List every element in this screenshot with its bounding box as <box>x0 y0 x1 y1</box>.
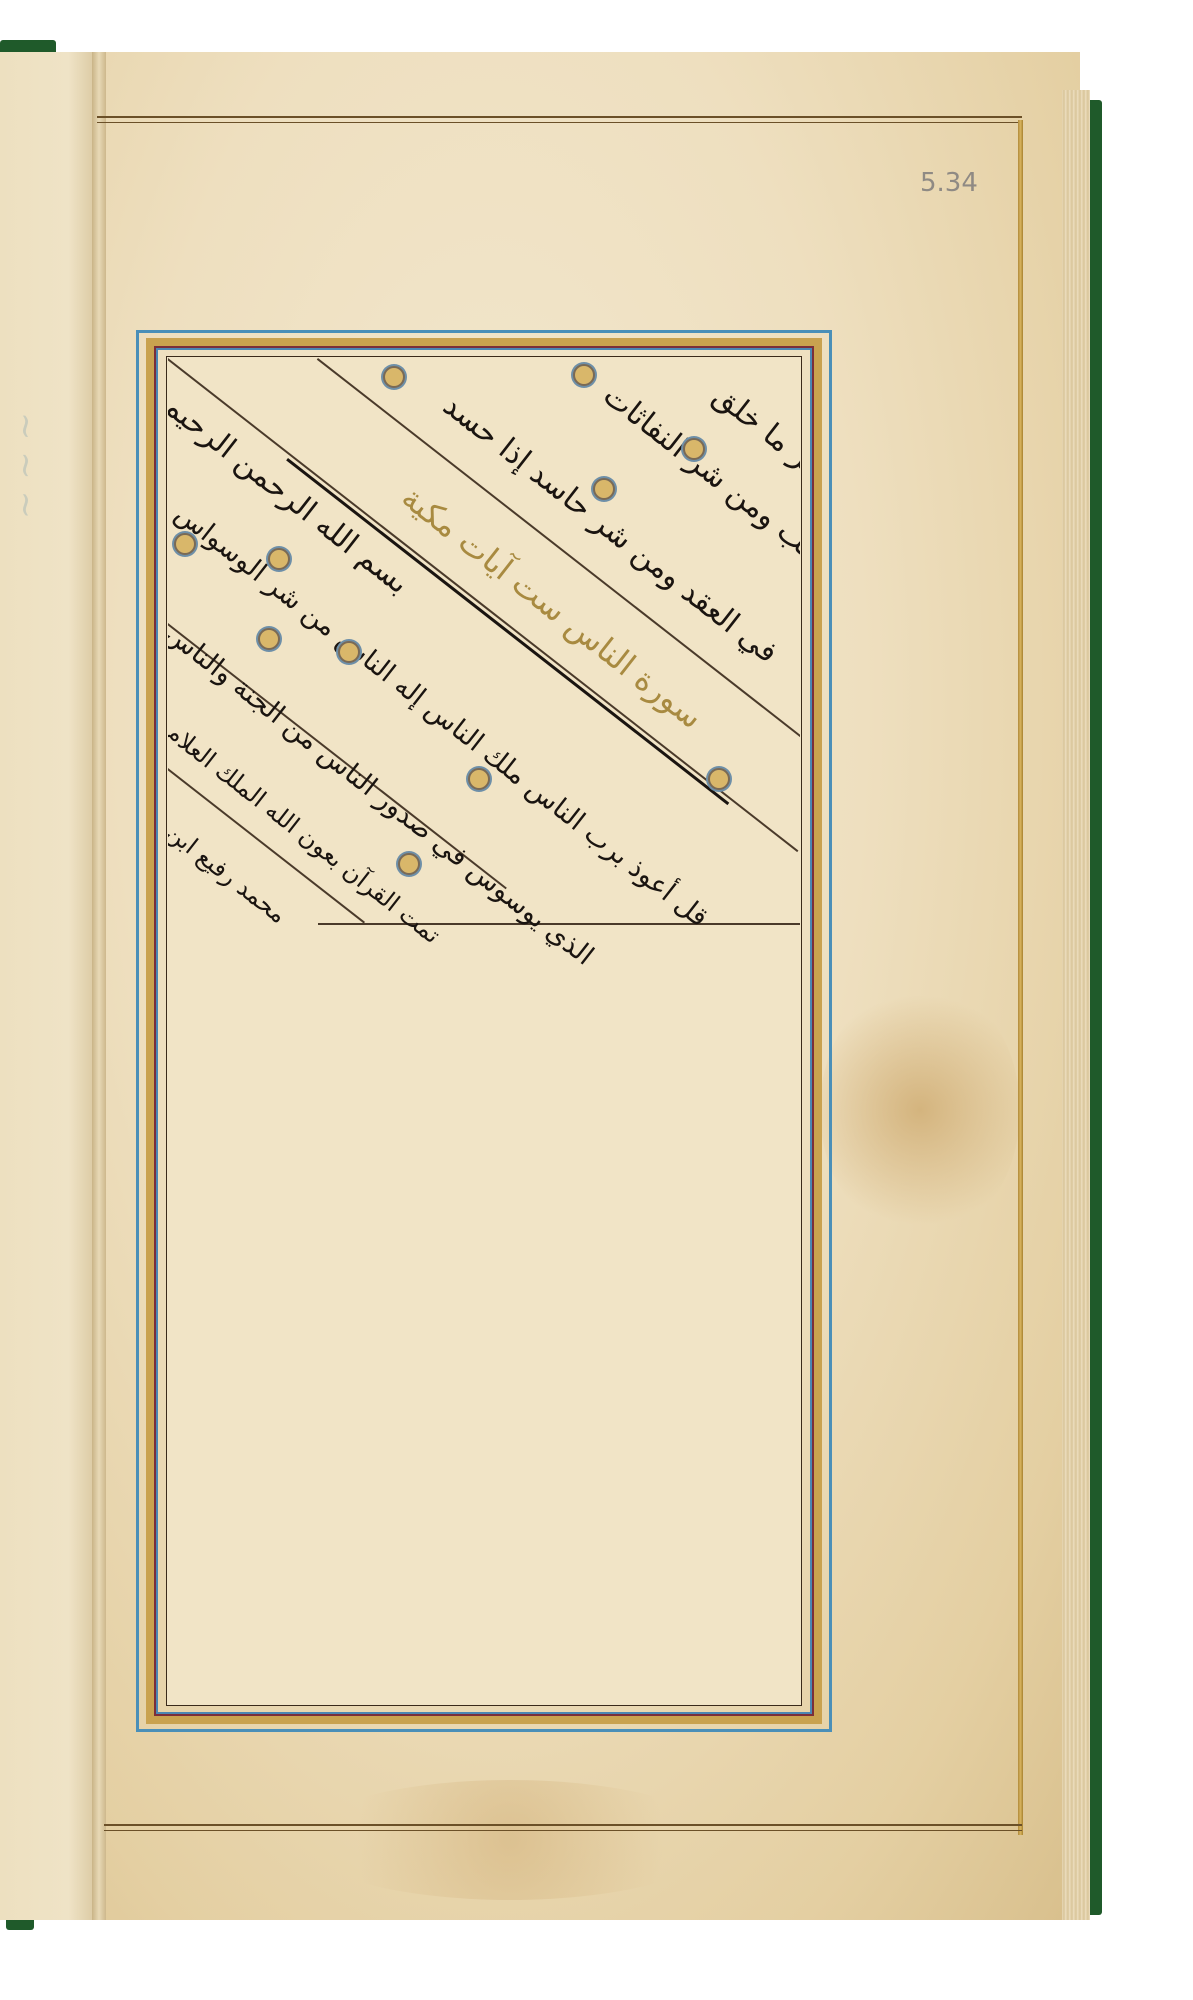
bleed-through-text: ~ ~ ~ <box>6 412 46 519</box>
left-page: ~ ~ ~ <box>0 52 98 1920</box>
colophon-line: محمد رفيع ابن <box>168 818 292 929</box>
shelfmark: 5.34 <box>920 168 978 198</box>
verse-rosette-icon <box>258 628 280 650</box>
fore-edge <box>1062 90 1090 1920</box>
manuscript-photo: ~ ~ ~ 5.34 قل أعوذ برب الفلق من شر ما خل… <box>0 0 1193 2000</box>
verse-rosette-icon <box>573 364 595 386</box>
verse-rosette-icon <box>708 768 730 790</box>
basmala: بسم الله الرحمن الرحيم <box>168 388 416 601</box>
verse-rosette-icon <box>174 533 196 555</box>
top-rule <box>97 116 1022 118</box>
verse-rosette-icon <box>383 366 405 388</box>
stain <box>300 1780 720 1900</box>
bottom-rule <box>104 1824 1022 1826</box>
bottom-rule <box>104 1830 1022 1831</box>
text-block: قل أعوذ برب الفلق من شر ما خلق ومن شر غا… <box>168 358 800 966</box>
right-gold-rule <box>1018 120 1023 1835</box>
top-rule <box>97 122 1022 123</box>
verse-rosette-icon <box>398 853 420 875</box>
verse-rosette-icon <box>593 478 615 500</box>
verse-rosette-icon <box>468 768 490 790</box>
stain <box>820 980 1020 1240</box>
gutter <box>92 52 106 1920</box>
verse-rosette-icon <box>683 438 705 460</box>
verse-rosette-icon <box>338 641 360 663</box>
verse-rosette-icon <box>268 548 290 570</box>
